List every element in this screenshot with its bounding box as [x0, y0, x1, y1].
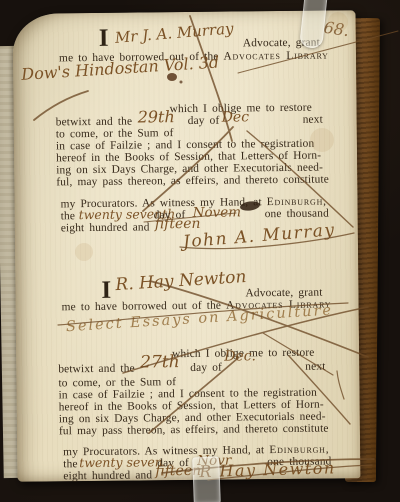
return-month-value: Dec. [224, 348, 256, 364]
the-label: the [63, 458, 77, 470]
borrower-signature: John A. Murray [182, 220, 336, 252]
drop-cap-initial: I [101, 278, 111, 303]
document-clip-bottom [192, 457, 221, 502]
folio-number: 68. [322, 18, 350, 41]
advocate-grant-label: Advocate, grant [245, 287, 322, 300]
form-body-line: ful, may pass thereon, as effeirs, and t… [56, 174, 329, 189]
library-name: Advocates Library [223, 50, 328, 63]
eight-hundred-label: eight hundred and [61, 221, 150, 234]
eight-hundred-label: eight hundred and [63, 469, 152, 482]
return-day-value: 29th [138, 107, 175, 126]
borrower-name: R. Hay Newton [115, 267, 247, 295]
witness-day-value: twenty seven [79, 454, 163, 470]
ledger-page: 68. I Mr J. A. Murray Advocate, grant me… [13, 10, 361, 482]
form-body-line: ful may pass thereon, as effeirs, and th… [59, 423, 329, 438]
betwixt-label: betwixt and the [58, 363, 135, 376]
photo-of-ledger-page: 68. I Mr J. A. Murray Advocate, grant me… [0, 0, 400, 502]
day-of-label: day of [188, 115, 220, 127]
next-label: next [303, 114, 323, 126]
return-day-value: 27th [140, 352, 180, 372]
one-thousand-label: one thousand [265, 208, 329, 221]
witness-year-value: fifteen [155, 216, 201, 232]
return-month-value: Dec [222, 109, 250, 125]
edinburgh-label: Edinburgh, [269, 444, 329, 457]
day-of-label: day of [190, 362, 222, 374]
next-label: next [305, 361, 325, 373]
betwixt-label: betwixt and the [56, 116, 133, 129]
the-label: the [61, 210, 75, 222]
drop-cap-initial: I [99, 26, 109, 51]
borrower-name: Mr J. A. Murray [114, 19, 234, 46]
edinburgh-label: Edinburgh, [267, 196, 327, 209]
